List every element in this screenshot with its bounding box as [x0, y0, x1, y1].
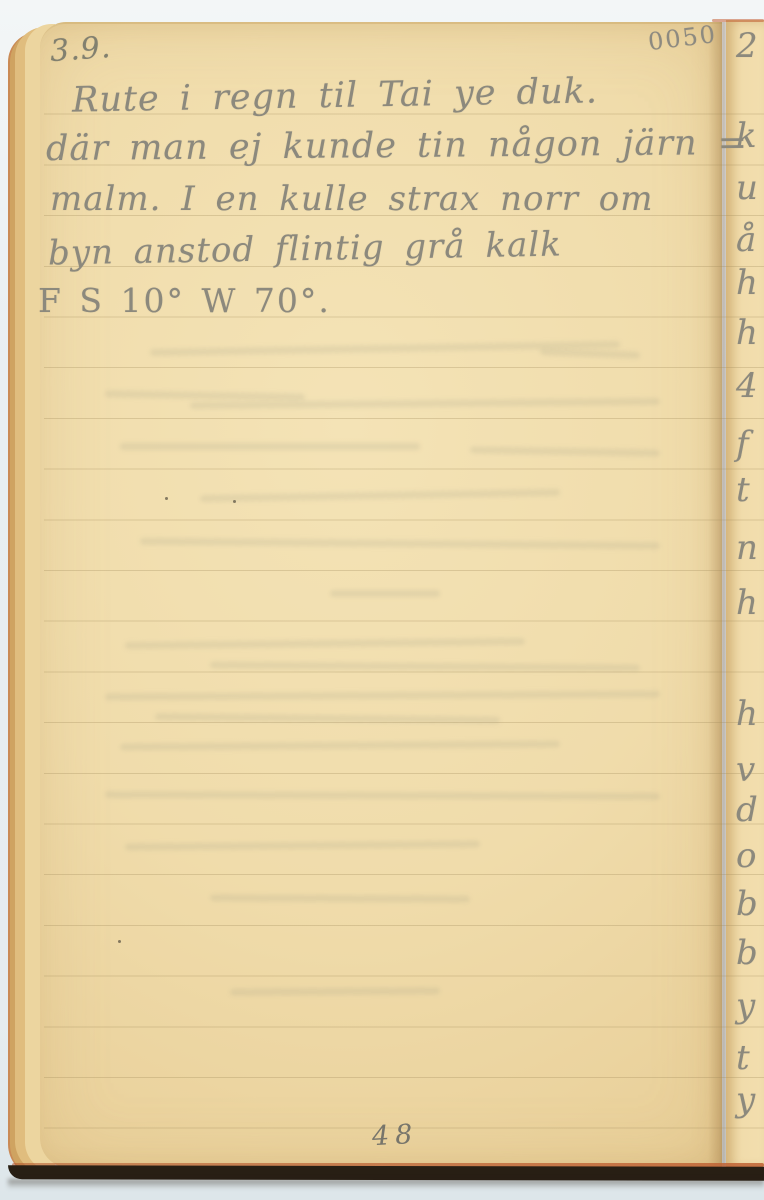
partial-letter: d — [736, 790, 758, 830]
partial-letter: h — [736, 263, 758, 303]
partial-letter: v — [736, 750, 755, 790]
partial-letter: k — [736, 116, 757, 156]
book-bottom-shadow-fade — [8, 1179, 764, 1189]
show-through-streak — [210, 894, 470, 902]
handwriting-line: malm. I en kulle strax norr om — [50, 179, 654, 219]
partial-letter: t — [736, 470, 750, 510]
partial-letter: n — [736, 528, 758, 568]
paper-speck — [118, 940, 121, 943]
partial-letter: t — [736, 1038, 750, 1078]
show-through-streak — [120, 443, 420, 450]
scanned-notebook-spread: 3.9. Rute i regn til Tai ye duk. där man… — [0, 0, 764, 1200]
show-through-streak — [330, 590, 440, 597]
partial-letter: f — [736, 424, 749, 464]
partial-letter: 4 — [736, 366, 758, 406]
partial-letter: o — [736, 836, 756, 876]
partial-letter: h — [736, 583, 758, 623]
partial-letter: h — [736, 313, 758, 353]
partial-letter: u — [736, 168, 758, 208]
handwriting-line: där man ej kunde tin någon järn = — [46, 123, 748, 169]
show-through-streak — [230, 987, 440, 995]
paper-speck — [165, 497, 168, 500]
right-page-partial-text: 2kuåhh4ftnhhvdobbyty — [728, 0, 764, 1200]
partial-letter: b — [736, 933, 758, 973]
partial-letter: h — [736, 694, 758, 734]
partial-letter: 2 — [736, 26, 758, 66]
date-heading: 3.9. — [49, 30, 113, 69]
partial-letter: y — [736, 986, 755, 1026]
partial-letter: b — [736, 884, 758, 924]
handwriting-line: F S 10° W 70°. — [38, 281, 331, 320]
paper-speck — [233, 500, 236, 503]
gutter-fold — [708, 22, 728, 1166]
partial-letter: å — [736, 220, 756, 260]
partial-letter: y — [736, 1080, 755, 1120]
page-number: 48 — [371, 1119, 419, 1152]
